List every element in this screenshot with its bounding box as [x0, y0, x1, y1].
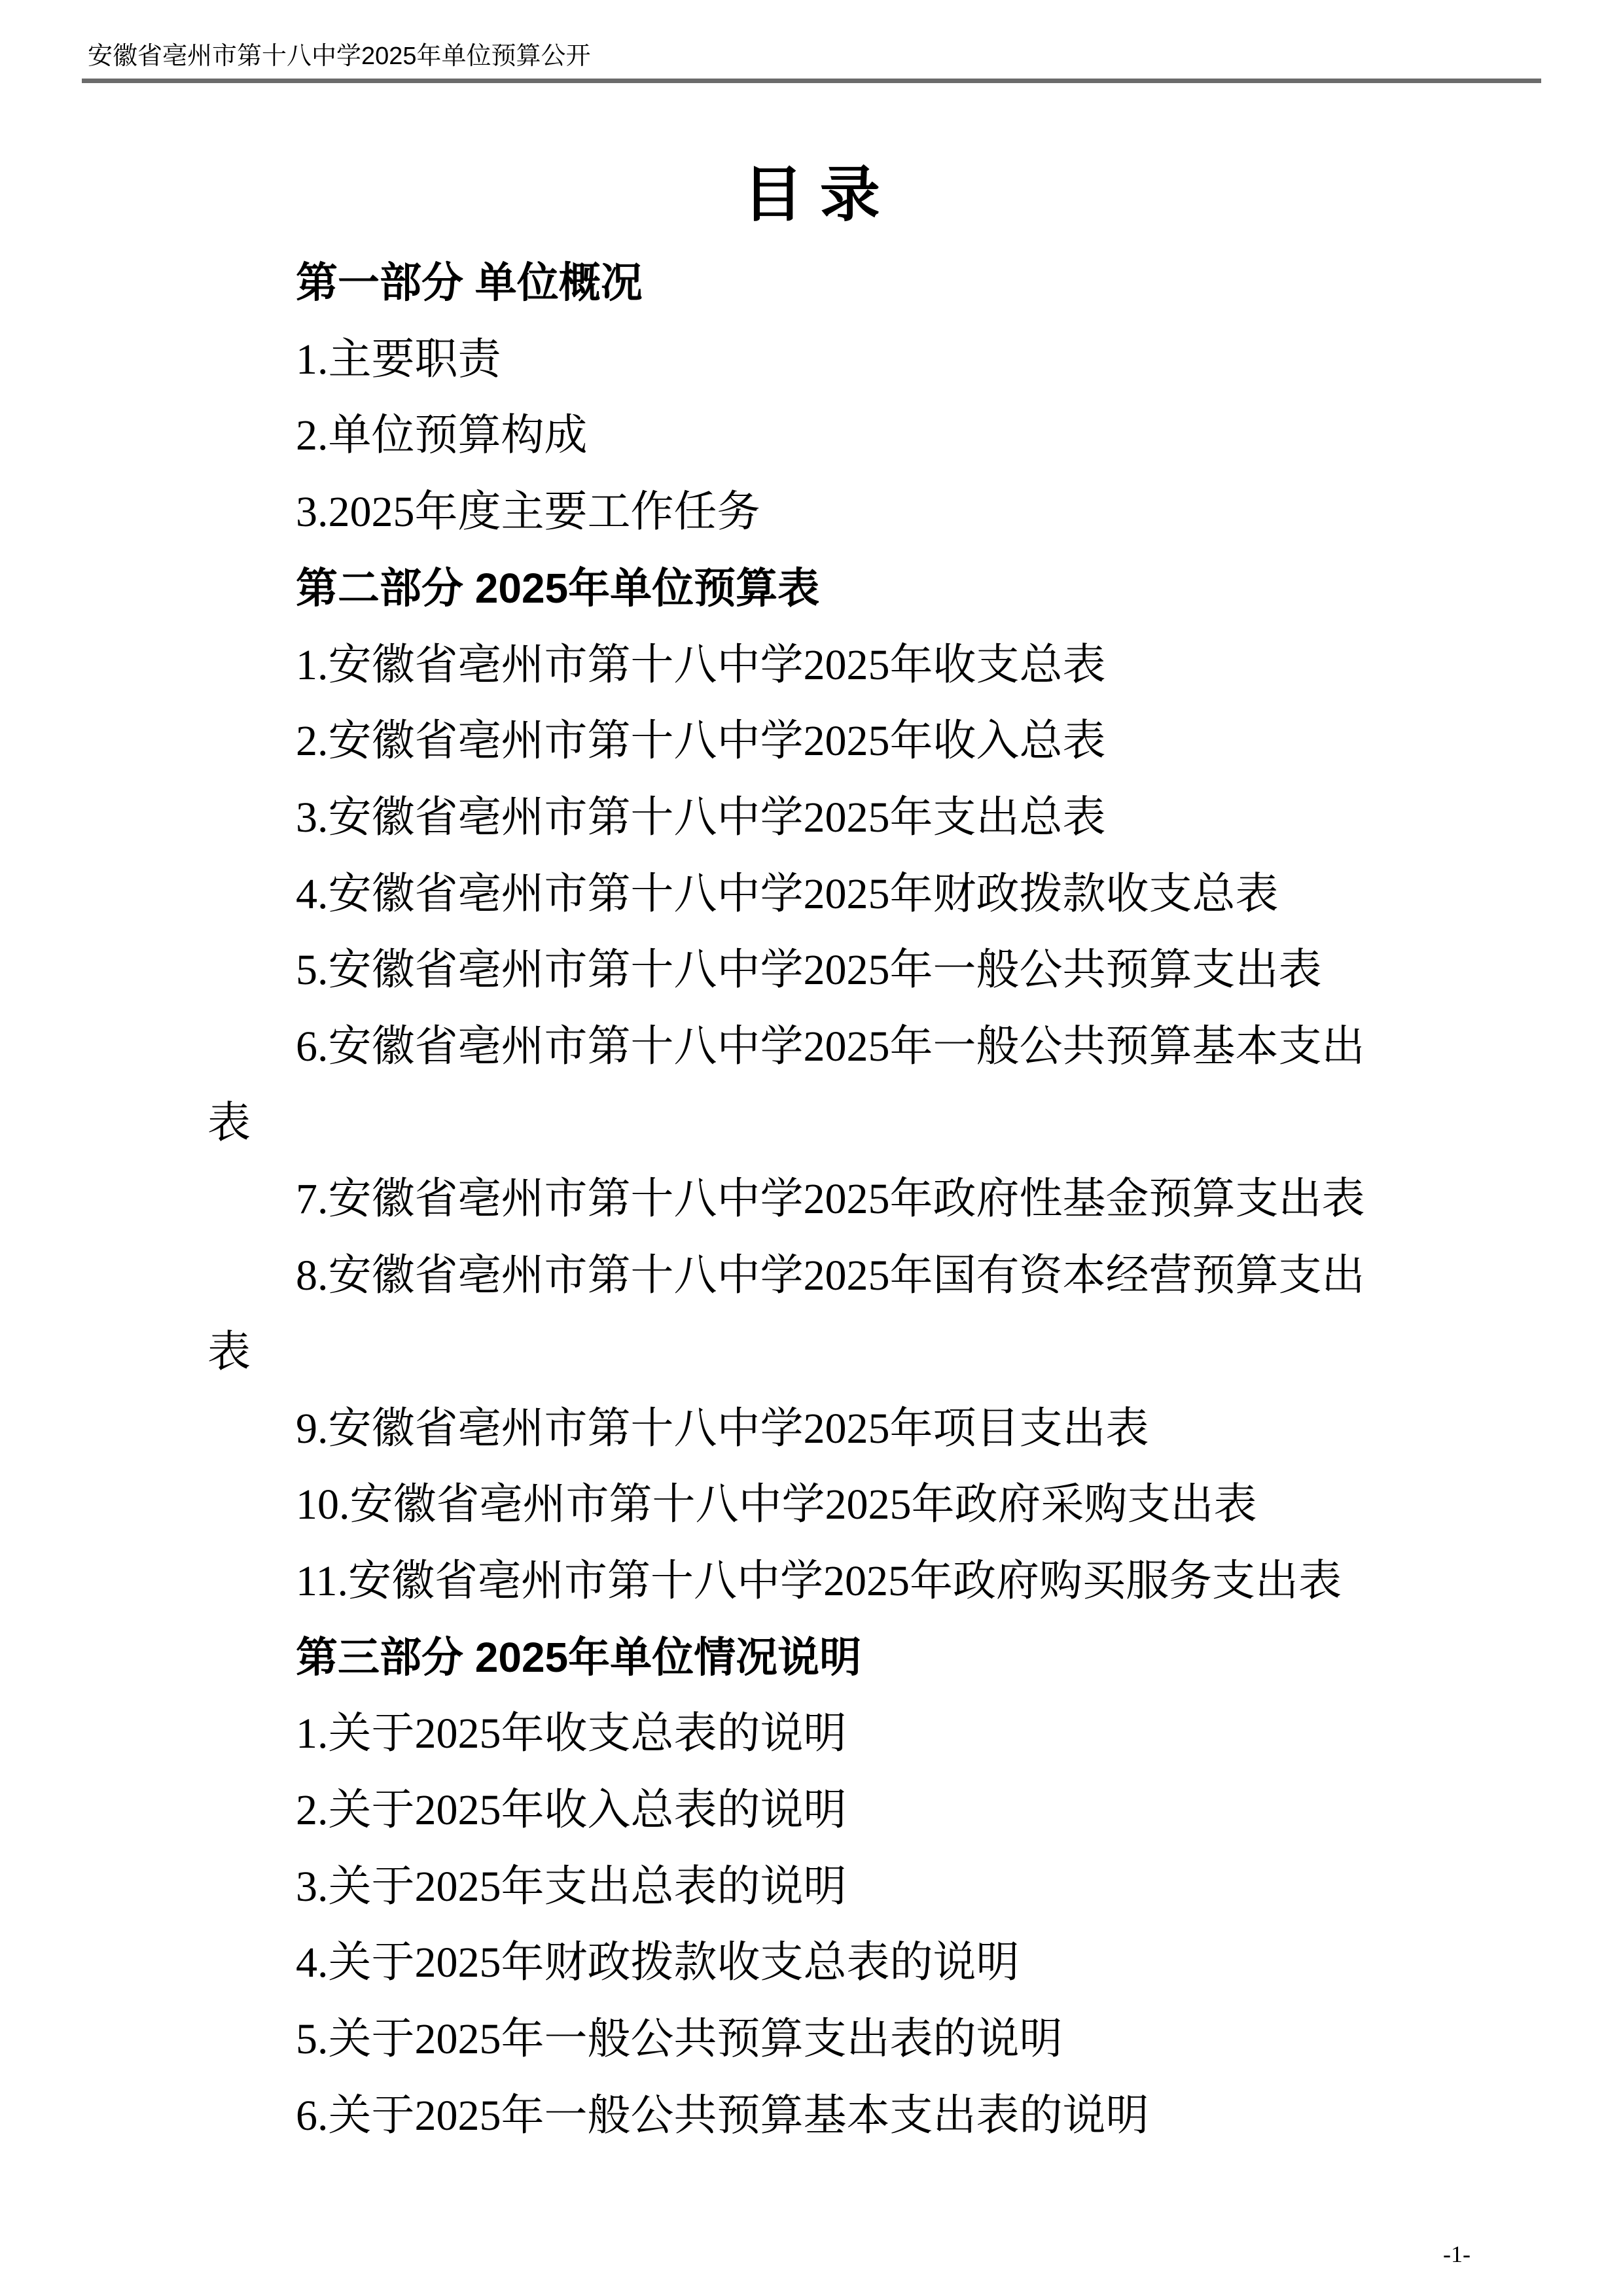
toc-item-line: 11.安徽省亳州市第十八中学2025年政府购买服务支出表	[296, 1543, 1342, 1619]
toc-section-heading: 第一部分 单位概况	[296, 245, 643, 321]
toc-section-heading: 第二部分 2025年单位预算表	[296, 550, 819, 627]
toc-item-line: 2.安徽省亳州市第十八中学2025年收入总表	[296, 703, 1106, 779]
toc-item-line: 5.安徽省亳州市第十八中学2025年一般公共预算支出表	[296, 932, 1322, 1008]
toc-item-line: 4.关于2025年财政拨款收支总表的说明	[296, 1924, 1020, 2001]
page-header-title: 安徽省亳州市第十八中学2025年单位预算公开	[88, 42, 591, 71]
page: 安徽省亳州市第十八中学2025年单位预算公开 目 录 第一部分 单位概况1.主要…	[0, 0, 1623, 2296]
toc-item-line: 3.2025年度主要工作任务	[296, 474, 760, 550]
toc-item-line: 3.安徽省亳州市第十八中学2025年支出总表	[296, 779, 1106, 856]
toc-item-line: 5.关于2025年一般公共预算支出表的说明	[296, 2001, 1063, 2077]
toc-item-line: 1.主要职责	[296, 321, 501, 398]
toc-item-line: 1.安徽省亳州市第十八中学2025年收支总表	[296, 627, 1106, 703]
toc-title: 目 录	[0, 160, 1623, 230]
toc-item-line: 1.关于2025年收支总表的说明	[296, 1695, 847, 1772]
toc-item-wrap-line: 表	[207, 1314, 251, 1390]
toc-item-line: 3.关于2025年支出总表的说明	[296, 1848, 847, 1925]
header-rule	[82, 79, 1541, 83]
page-number: -1-	[1443, 2240, 1471, 2268]
toc-item-line: 7.安徽省亳州市第十八中学2025年政府性基金预算支出表	[296, 1161, 1365, 1237]
toc-item-line: 8.安徽省亳州市第十八中学2025年国有资本经营预算支出	[296, 1237, 1365, 1314]
toc-item-line: 4.安徽省亳州市第十八中学2025年财政拨款收支总表	[296, 856, 1279, 932]
toc-item-line: 6.安徽省亳州市第十八中学2025年一般公共预算基本支出	[296, 1008, 1365, 1085]
toc-item-line: 6.关于2025年一般公共预算基本支出表的说明	[296, 2077, 1149, 2154]
toc-item-line: 2.单位预算构成	[296, 397, 588, 474]
toc-item-line: 2.关于2025年收入总表的说明	[296, 1772, 847, 1848]
toc-item-line: 9.安徽省亳州市第十八中学2025年项目支出表	[296, 1390, 1149, 1467]
toc-item-line: 10.安徽省亳州市第十八中学2025年政府采购支出表	[296, 1466, 1257, 1543]
toc-section-heading: 第三部分 2025年单位情况说明	[296, 1619, 861, 1696]
toc-item-wrap-line: 表	[207, 1085, 251, 1161]
